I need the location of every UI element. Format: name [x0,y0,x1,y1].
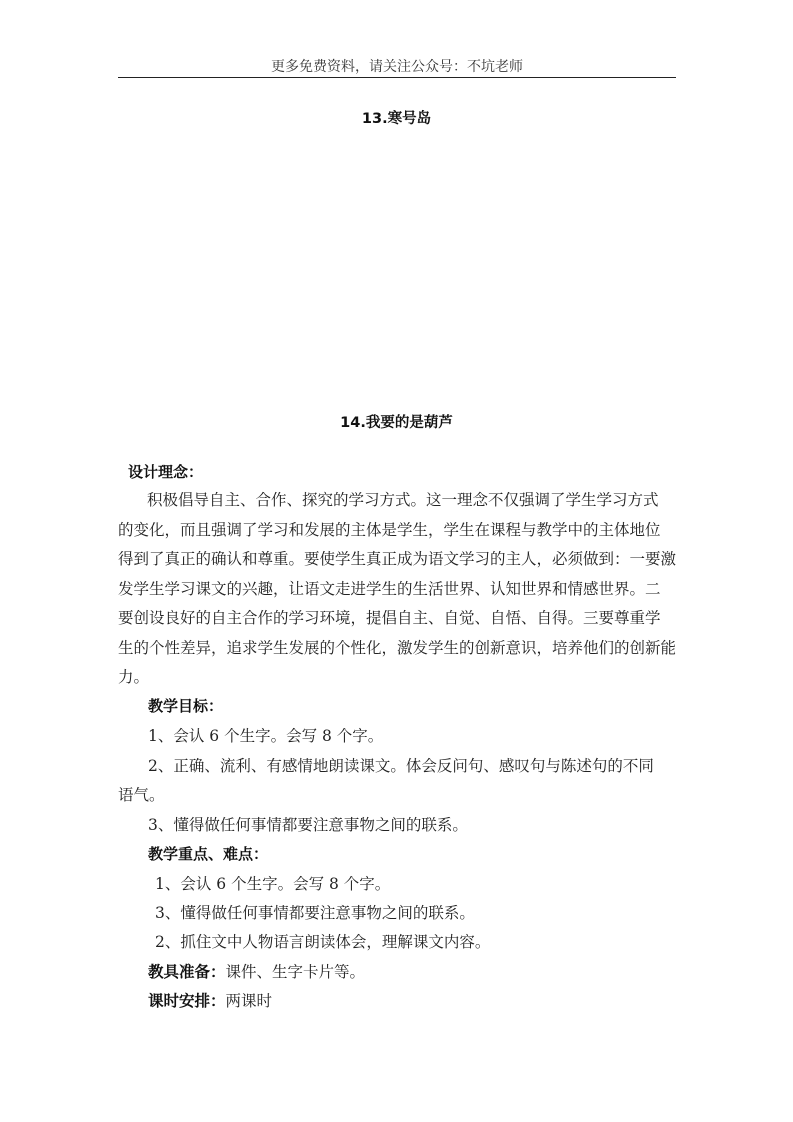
materials-row: 教具准备：课件、生字卡片等。 [148,960,365,982]
paragraph-line: 的变化，而且强调了学习和发展的主体是学生，学生在课程与教学中的主体地位 [118,518,661,540]
header-divider [118,77,676,78]
schedule-label: 课时安排： [148,992,226,1010]
materials-label: 教具准备： [148,963,226,981]
objective-item-continued: 语气。 [118,783,165,805]
objectives-label: 教学目标： [148,695,223,716]
objective-item: 2、正确、流利、有感情地朗读课文。体会反问句、感叹句与陈述句的不同 [148,754,654,776]
lesson-13-title: 13.寒号岛 [0,107,793,128]
key-point-item: 1、会认 6 个生字。会写 8 个字。 [155,872,390,894]
lesson-14-title: 14.我要的是葫芦 [0,411,793,432]
schedule-value: 两课时 [226,992,273,1010]
objective-item: 1、会认 6 个生字。会写 8 个字。 [148,724,383,746]
paragraph-line: 力。 [118,665,149,687]
key-point-item: 3、懂得做任何事情都要注意事物之间的联系。 [155,901,475,923]
design-concept-label: 设计理念： [128,461,203,482]
paragraph-line: 生的个性差异，追求学生发展的个性化，激发学生的创新意识，培养他们的创新能 [118,636,676,658]
key-points-label: 教学重点、难点： [148,843,268,864]
page-header: 更多免费资料，请关注公众号：不坑老师 [118,56,676,76]
paragraph-line: 发学生学习课文的兴趣，让语文走进学生的生活世界、认知世界和情感世界。二 [118,577,661,599]
key-point-item: 2、抓住文中人物语言朗读体会，理解课文内容。 [155,930,490,952]
schedule-row: 课时安排：两课时 [148,989,272,1011]
paragraph-line: 得到了真正的确认和尊重。要使学生真正成为语文学习的主人，必须做到：一要激 [118,547,676,569]
materials-value: 课件、生字卡片等。 [226,963,366,981]
objective-item: 3、懂得做任何事情都要注意事物之间的联系。 [148,813,468,835]
paragraph-line: 要创设良好的自主合作的学习环境，提倡自主、自觉、自悟、自得。三要尊重学 [118,606,661,628]
paragraph-line: 积极倡导自主、合作、探究的学习方式。这一理念不仅强调了学生学习方式 [147,488,659,510]
